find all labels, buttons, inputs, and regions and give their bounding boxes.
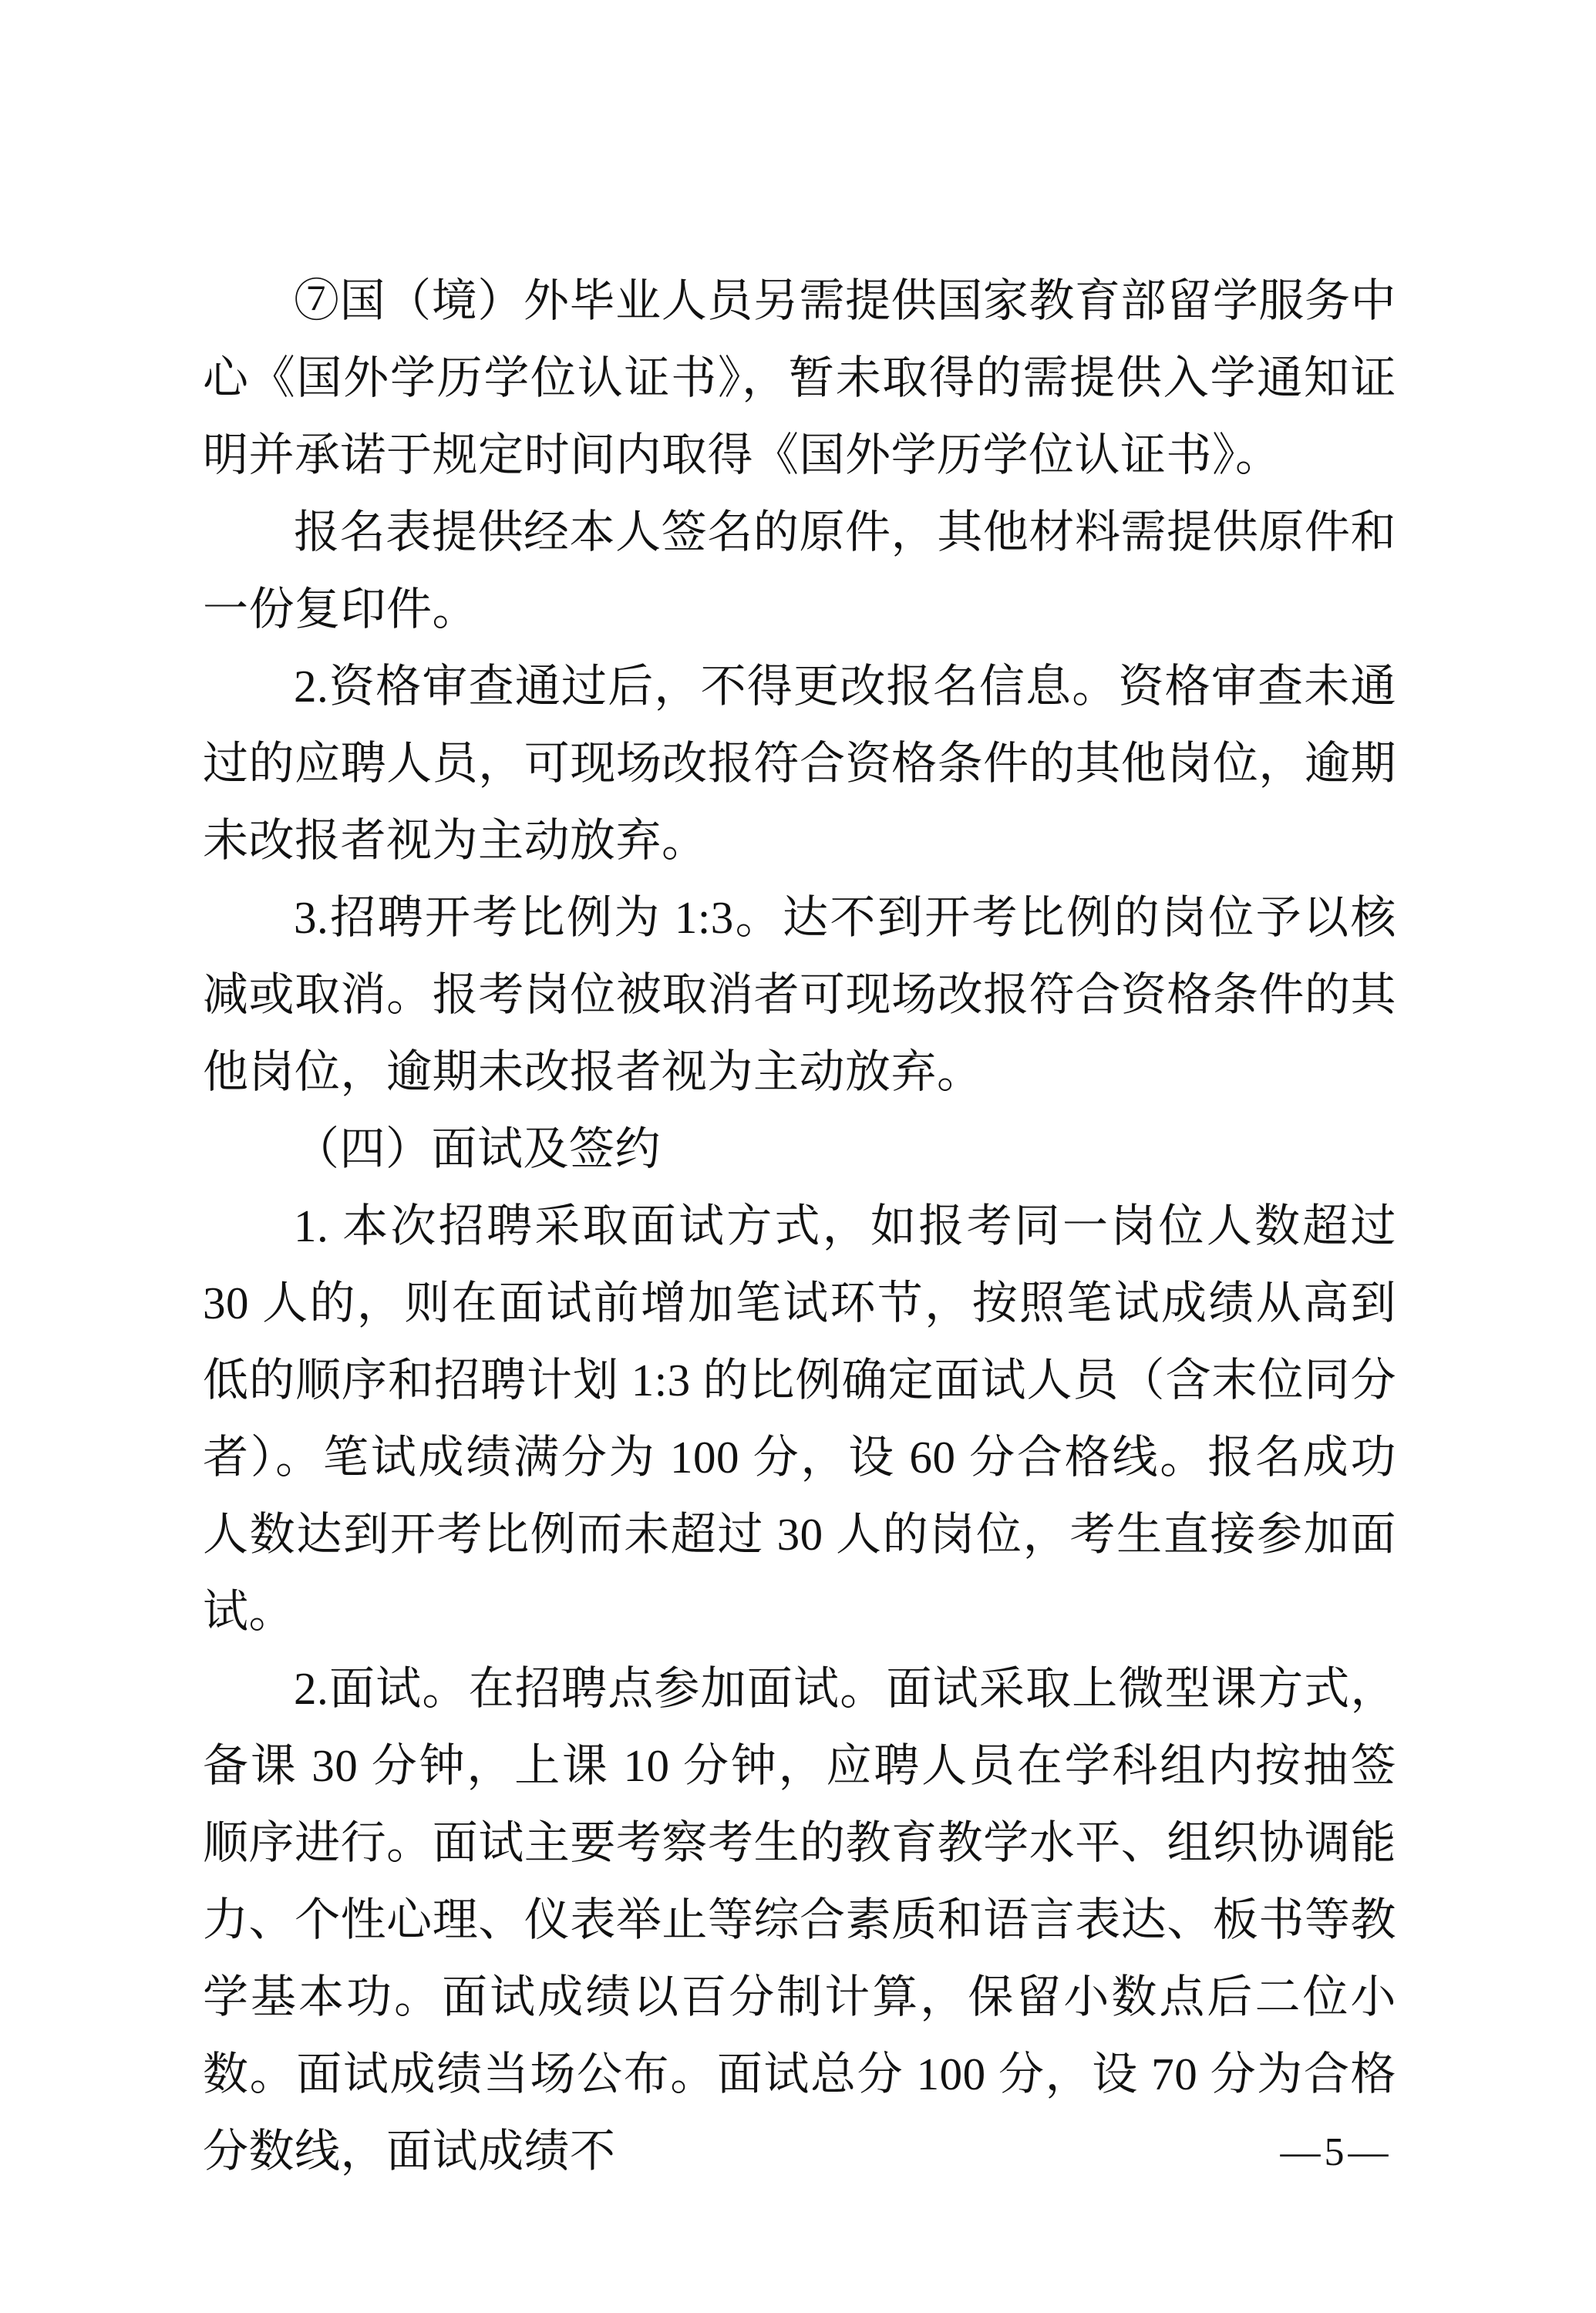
paragraph-interview-method: 1. 本次招聘采取面试方式，如报考同一岗位人数超过 30 人的，则在面试前增加笔… <box>203 1187 1396 1650</box>
paragraph-original-copies: 报名表提供经本人签名的原件，其他材料需提供原件和一份复印件。 <box>203 493 1396 648</box>
paragraph-interview-details: 2.面试。在招聘点参加面试。面试采取上微型课方式，备课 30 分钟，上课 10 … <box>203 1650 1396 2190</box>
page-number: —5— <box>1271 2130 1402 2176</box>
section-heading-interview-signing: （四）面试及签约 <box>203 1110 1396 1187</box>
paragraph-qualification-review: 2.资格审查通过后，不得更改报名信息。资格审查未通过的应聘人员，可现场改报符合资… <box>203 648 1396 879</box>
paragraph-overseas-certificate: ⑦国（境）外毕业人员另需提供国家教育部留学服务中心《国外学历学位认证书》，暂未取… <box>203 262 1396 493</box>
document-body: ⑦国（境）外毕业人员另需提供国家教育部留学服务中心《国外学历学位认证书》，暂未取… <box>203 262 1396 2190</box>
paragraph-exam-ratio: 3.招聘开考比例为 1:3。达不到开考比例的岗位予以核减或取消。报考岗位被取消者… <box>203 879 1396 1110</box>
document-page: ⑦国（境）外毕业人员另需提供国家教育部留学服务中心《国外学历学位认证书》，暂未取… <box>0 0 1596 2313</box>
